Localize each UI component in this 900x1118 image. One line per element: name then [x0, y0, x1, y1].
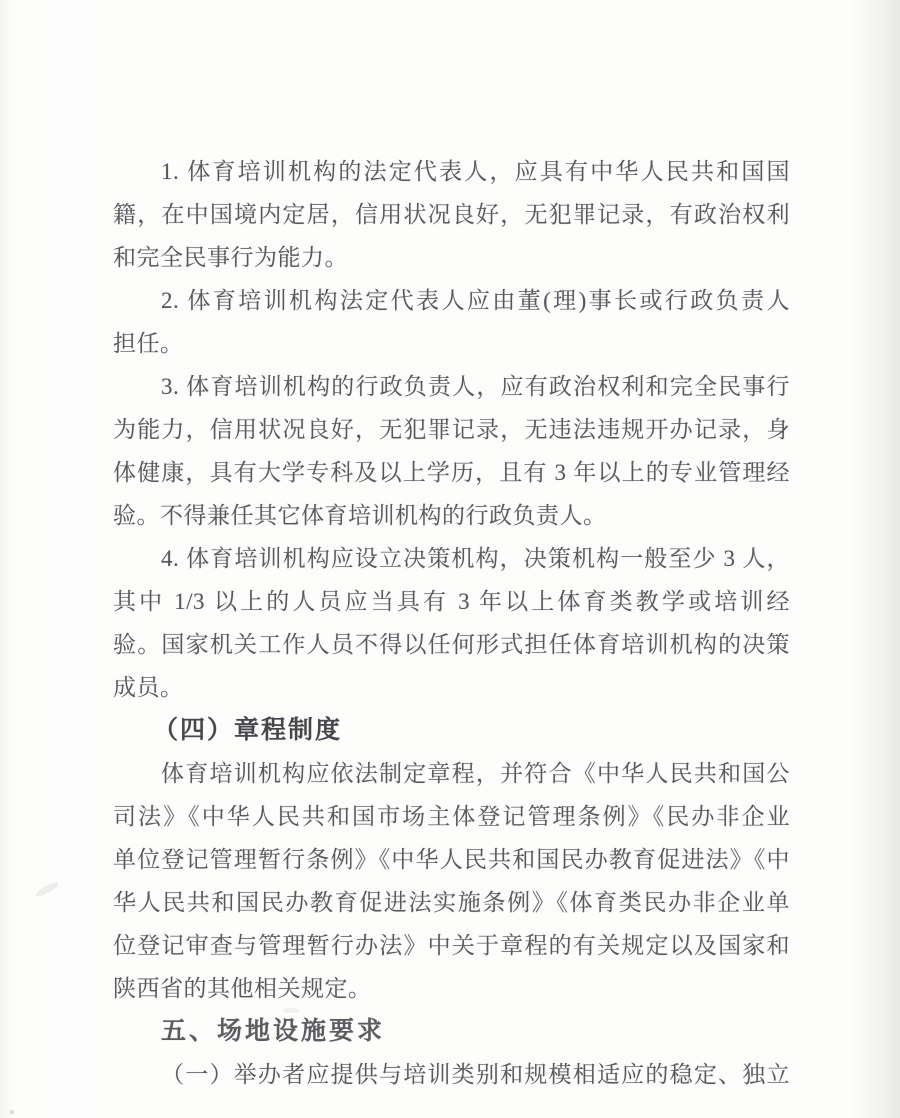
text-line: 其中 1/3 以上的人员应当具有 3 年以上体育类教学或培训经	[113, 580, 790, 623]
section-heading: 五、场地设施要求	[113, 1010, 790, 1053]
text-line: 体健康，具有大学专科及以上学历，且有 3 年以上的专业管理经	[113, 451, 790, 494]
text-line: 陕西省的其他相关规定。	[113, 967, 790, 1010]
text-line: 担任。	[113, 322, 790, 365]
text-line: 验。不得兼任其它体育培训机构的行政负责人。	[113, 494, 790, 537]
text-line: 1. 体育培训机构的法定代表人，应具有中华人民共和国国	[113, 150, 790, 193]
section-heading: （四）章程制度	[113, 709, 790, 752]
text-line: 成员。	[113, 666, 790, 709]
scan-speck	[10, 1110, 14, 1114]
text-line: 和完全民事行为能力。	[113, 236, 790, 279]
document-text-block: 1. 体育培训机构的法定代表人，应具有中华人民共和国国籍，在中国境内定居，信用状…	[113, 150, 790, 1096]
document-page: 1. 体育培训机构的法定代表人，应具有中华人民共和国国籍，在中国境内定居，信用状…	[0, 0, 900, 1118]
text-line: 位登记审查与管理暂行办法》中关于章程的有关规定以及国家和	[113, 924, 790, 967]
text-line: 籍，在中国境内定居，信用状况良好，无犯罪记录，有政治权利	[113, 193, 790, 236]
text-line: 单位登记管理暂行条例》《中华人民共和国民办教育促进法》《中	[113, 838, 790, 881]
text-line: 3. 体育培训机构的行政负责人，应有政治权利和完全民事行	[113, 365, 790, 408]
text-line: 体育培训机构应依法制定章程，并符合《中华人民共和国公	[113, 752, 790, 795]
text-line: 4. 体育培训机构应设立决策机构，决策机构一般至少 3 人，	[113, 537, 790, 580]
scan-smudge	[34, 880, 60, 898]
text-line: 华人民共和国民办教育促进法实施条例》《体育类民办非企业单	[113, 881, 790, 924]
text-line: 2. 体育培训机构法定代表人应由董(理)事长或行政负责人	[113, 279, 790, 322]
text-line: （一）举办者应提供与培训类别和规模相适应的稳定、独立	[113, 1053, 790, 1096]
text-line: 验。国家机关工作人员不得以任何形式担任体育培训机构的决策	[113, 623, 790, 666]
text-line: 为能力，信用状况良好，无犯罪记录，无违法违规开办记录，身	[113, 408, 790, 451]
scan-smudge	[282, 1008, 300, 1013]
text-line: 司法》《中华人民共和国市场主体登记管理条例》《民办非企业	[113, 795, 790, 838]
